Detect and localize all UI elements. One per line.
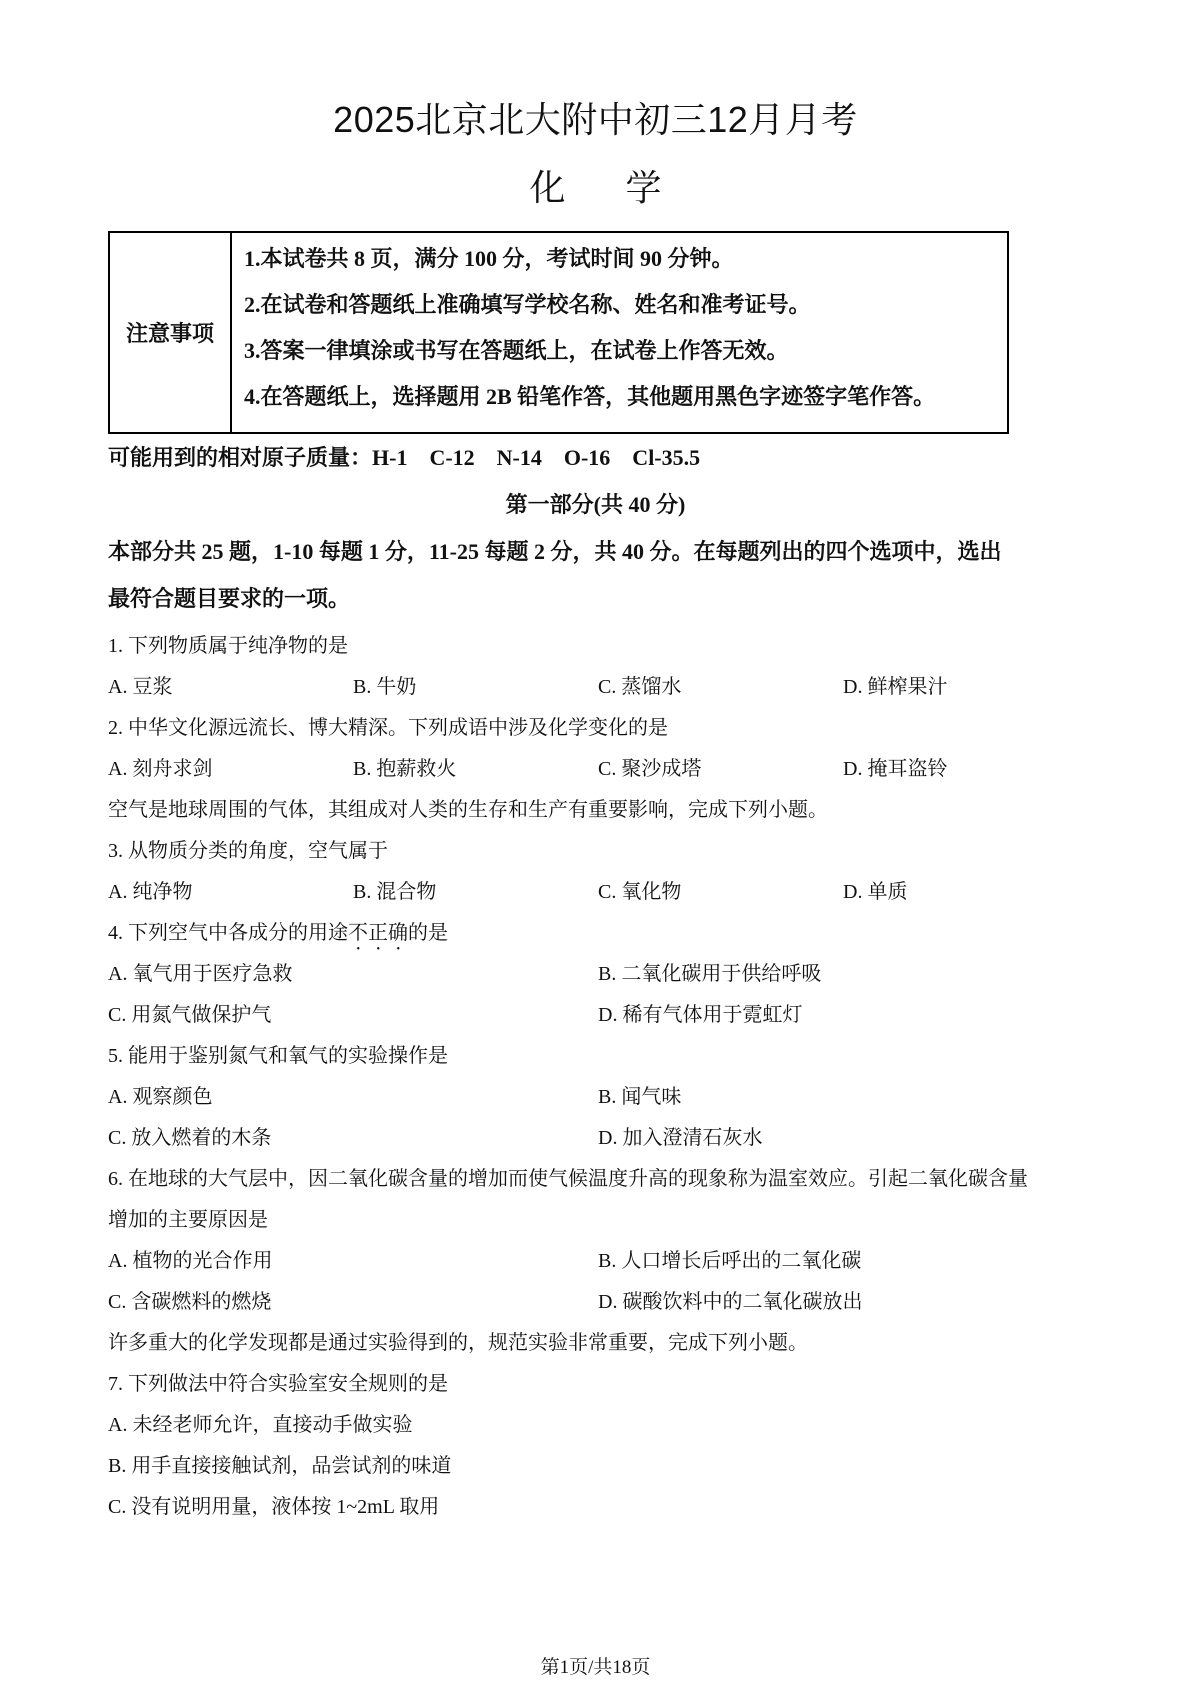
page-footer: 第1页/共18页	[0, 1652, 1191, 1679]
question-1-stem: 1. 下列物质属于纯净物的是	[108, 629, 348, 658]
q4-option-a: A. 氧气用于医疗急救	[108, 957, 292, 986]
passage-air: 空气是地球周围的气体，其组成对人类的生存和生产有重要影响，完成下列小题。	[108, 793, 828, 822]
q5-option-c: C. 放入燃着的木条	[108, 1121, 271, 1150]
q4-stem-pre: 4. 下列空气中各成分的用途	[108, 922, 348, 944]
q6-option-c: C. 含碳燃料的燃烧	[108, 1285, 271, 1314]
notice-label: 注意事项	[110, 233, 232, 432]
q7-option-a: A. 未经老师允许，直接动手做实验	[108, 1408, 412, 1437]
question-6-stem-line2: 增加的主要原因是	[108, 1203, 268, 1232]
q3-option-b: B. 混合物	[353, 875, 436, 904]
q2-option-b: B. 抱薪救火	[353, 752, 456, 781]
q1-option-d: D. 鲜榨果汁	[843, 670, 947, 699]
exam-title: 2025北京北大附中初三12月月考	[0, 92, 1191, 143]
notice-items: 1.本试卷共 8 页，满分 100 分，考试时间 90 分钟。 2.在试卷和答题…	[232, 233, 1007, 432]
q3-option-a: A. 纯净物	[108, 875, 192, 904]
q5-option-d: D. 加入澄清石灰水	[598, 1121, 762, 1150]
notice-item: 1.本试卷共 8 页，满分 100 分，考试时间 90 分钟。	[244, 239, 1007, 285]
q1-option-c: C. 蒸馏水	[598, 670, 681, 699]
q5-option-b: B. 闻气味	[598, 1080, 681, 1109]
q2-option-a: A. 刻舟求剑	[108, 752, 212, 781]
q4-stem-emphasis: 不正确	[348, 922, 408, 944]
q7-option-c: C. 没有说明用量，液体按 1~2mL 取用	[108, 1490, 439, 1519]
notice-item: 3.答案一律填涂或书写在答题纸上，在试卷上作答无效。	[244, 331, 1007, 377]
q3-option-c: C. 氧化物	[598, 875, 681, 904]
q5-option-a: A. 观察颜色	[108, 1080, 212, 1109]
q6-option-a: A. 植物的光合作用	[108, 1244, 272, 1273]
question-2-stem: 2. 中华文化源远流长、博大精深。下列成语中涉及化学变化的是	[108, 711, 668, 740]
q3-option-d: D. 单质	[843, 875, 907, 904]
section-intro-line2: 最符合题目要求的一项。	[108, 582, 350, 613]
q1-option-b: B. 牛奶	[353, 670, 416, 699]
notice-item: 4.在答题纸上，选择题用 2B 铅笔作答，其他题用黑色字迹签字笔作答。	[244, 377, 1007, 423]
q4-option-d: D. 稀有气体用于霓虹灯	[598, 998, 802, 1027]
subject-title: 化 学	[0, 160, 1191, 211]
section-intro-line1: 本部分共 25 题，1-10 每题 1 分，11-25 每题 2 分，共 40 …	[108, 535, 1001, 566]
q2-option-d: D. 掩耳盗铃	[843, 752, 947, 781]
q6-option-d: D. 碳酸饮料中的二氧化碳放出	[598, 1285, 862, 1314]
atomic-masses: 可能用到的相对原子质量：H-1 C-12 N-14 O-16 Cl-35.5	[108, 441, 700, 472]
q2-option-c: C. 聚沙成塔	[598, 752, 701, 781]
q1-option-a: A. 豆浆	[108, 670, 172, 699]
question-5-stem: 5. 能用于鉴别氮气和氧气的实验操作是	[108, 1039, 448, 1068]
question-7-stem: 7. 下列做法中符合实验室安全规则的是	[108, 1367, 448, 1396]
q7-option-b: B. 用手直接接触试剂，品尝试剂的味道	[108, 1449, 451, 1478]
question-3-stem: 3. 从物质分类的角度，空气属于	[108, 834, 388, 863]
passage-lab: 许多重大的化学发现都是通过实验得到的，规范实验非常重要，完成下列小题。	[108, 1326, 808, 1355]
q4-option-b: B. 二氧化碳用于供给呼吸	[598, 957, 821, 986]
q4-option-c: C. 用氮气做保护气	[108, 998, 271, 1027]
q4-stem-post: 的是	[408, 922, 448, 944]
section-title: 第一部分(共 40 分)	[0, 488, 1191, 519]
notice-box: 注意事项 1.本试卷共 8 页，满分 100 分，考试时间 90 分钟。 2.在…	[108, 231, 1009, 434]
question-4-stem: 4. 下列空气中各成分的用途不正确的是	[108, 916, 448, 955]
question-6-stem-line1: 6. 在地球的大气层中，因二氧化碳含量的增加而使气候温度升高的现象称为温室效应。…	[108, 1162, 1028, 1191]
notice-item: 2.在试卷和答题纸上准确填写学校名称、姓名和准考证号。	[244, 285, 1007, 331]
q6-option-b: B. 人口增长后呼出的二氧化碳	[598, 1244, 861, 1273]
